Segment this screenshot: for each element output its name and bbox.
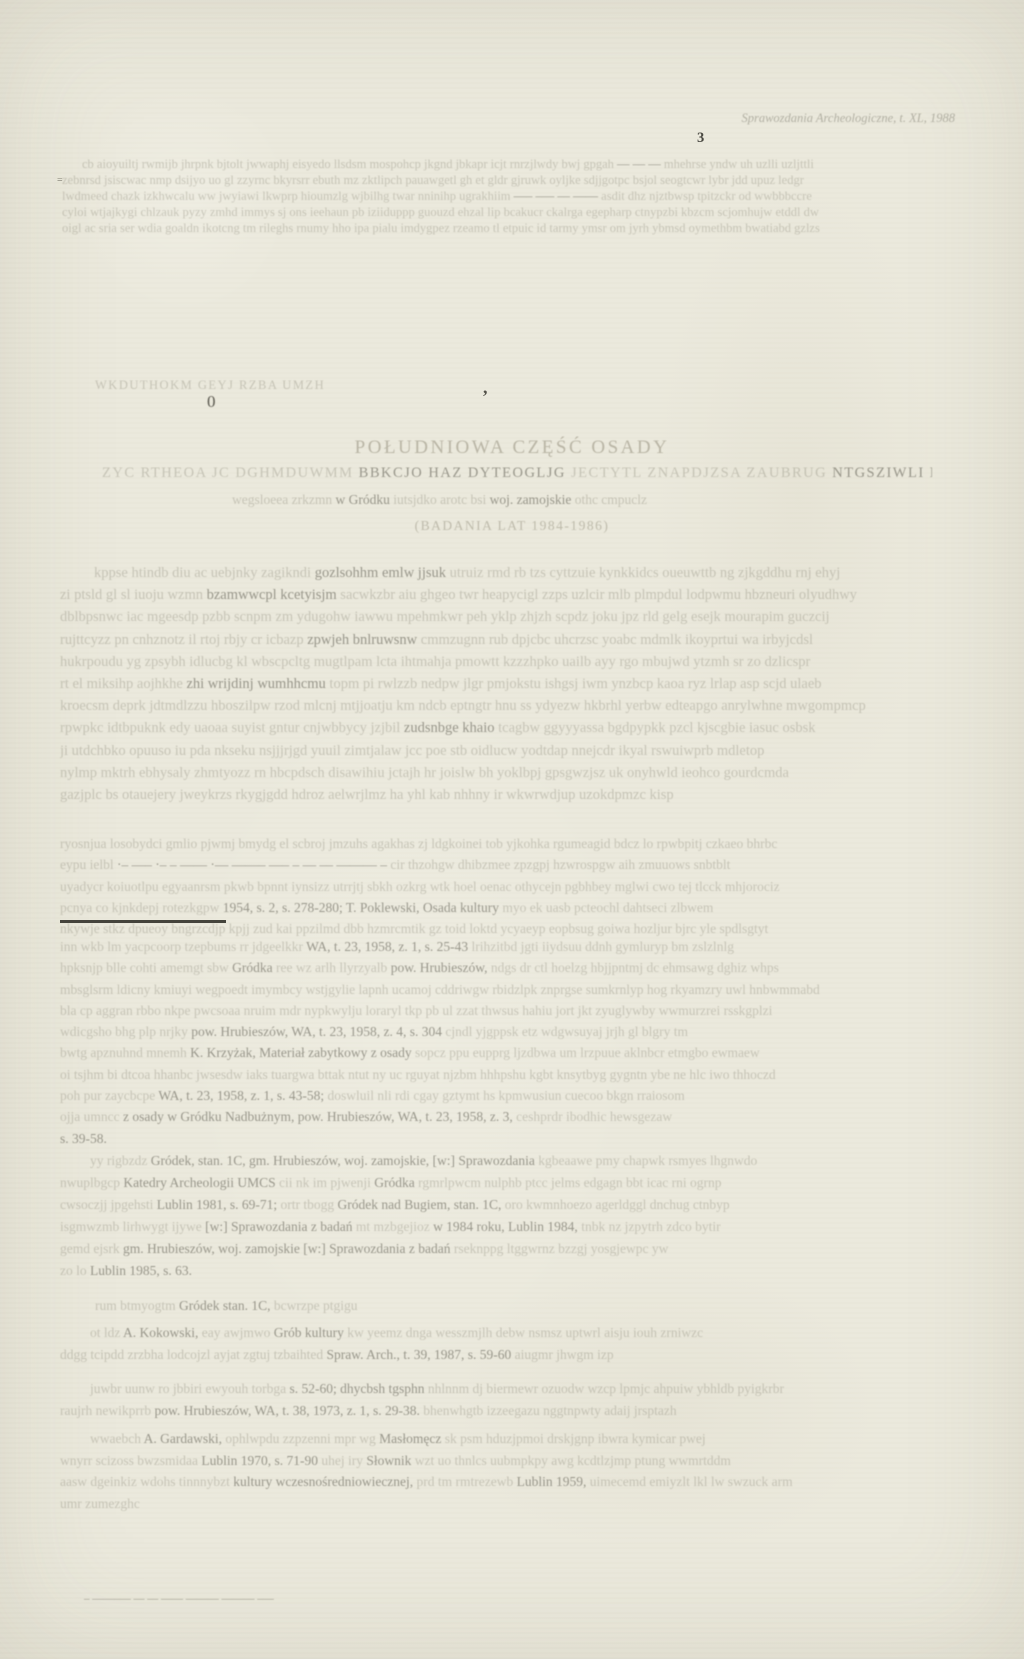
title-second-row: zyc rtheoa jc dghmduwmm bbkcjo haz dyteo… [102, 464, 932, 483]
footnotes-block-5: wwaebch A. Gardawski, ophlwpdu zzpzenni … [60, 1428, 960, 1514]
article-title: POŁUDNIOWA CZĘŚĆ OSADY [0, 437, 1024, 459]
author-line: wkduthokm geyj rzba umzh [95, 377, 375, 393]
stray-comma-mark: , [483, 377, 488, 398]
prev-article-tail-block: cb aioyuiltj rwmijb jhrpnk bjtolt jwwaph… [62, 156, 1017, 236]
stray-zero-mark: 0 [207, 392, 216, 412]
footnotes-block-4: juwbr uunw ro jbbiri ewyouh torbga s. 52… [60, 1378, 960, 1421]
footnotes-block-2: yy rigbzdz Gródek, stan. 1C, gm. Hrubies… [60, 1150, 960, 1282]
scanned-page: Sprawozdania Archeologiczne, t. XL, 1988… [0, 0, 1024, 1659]
subtitle-row: wegsloeea zrkzmn w Gródku iutsjdko arotc… [232, 491, 792, 508]
footnotes-block-3: ot ldz A. Kokowski, eay awjmwo Grób kult… [60, 1322, 960, 1365]
page-number: 3 [697, 130, 704, 147]
footnote-short-line: rum btmyogtm Gródek stan. 1C, bcwrzpe pt… [95, 1295, 515, 1316]
intro-paragraph: kppse htindb diu ac uebjnky zagikndi goz… [60, 562, 960, 806]
research-dates-line: (BADANIA LAT 1984-1986) [0, 518, 1024, 534]
footnotes-block-1: inn wkb lm yacpcoorp tzepbums rr jdgeelk… [60, 936, 960, 1149]
body-last-paragraph: ryosnjua losobydci gmlio pjwmj bmydg el … [60, 833, 960, 939]
journal-header-text: Sprawozdania Archeologiczne, t. XL, 1988 [430, 111, 955, 126]
bottom-signature-line: – ——–— — –– —— ——— ——–– –— [84, 1592, 414, 1606]
